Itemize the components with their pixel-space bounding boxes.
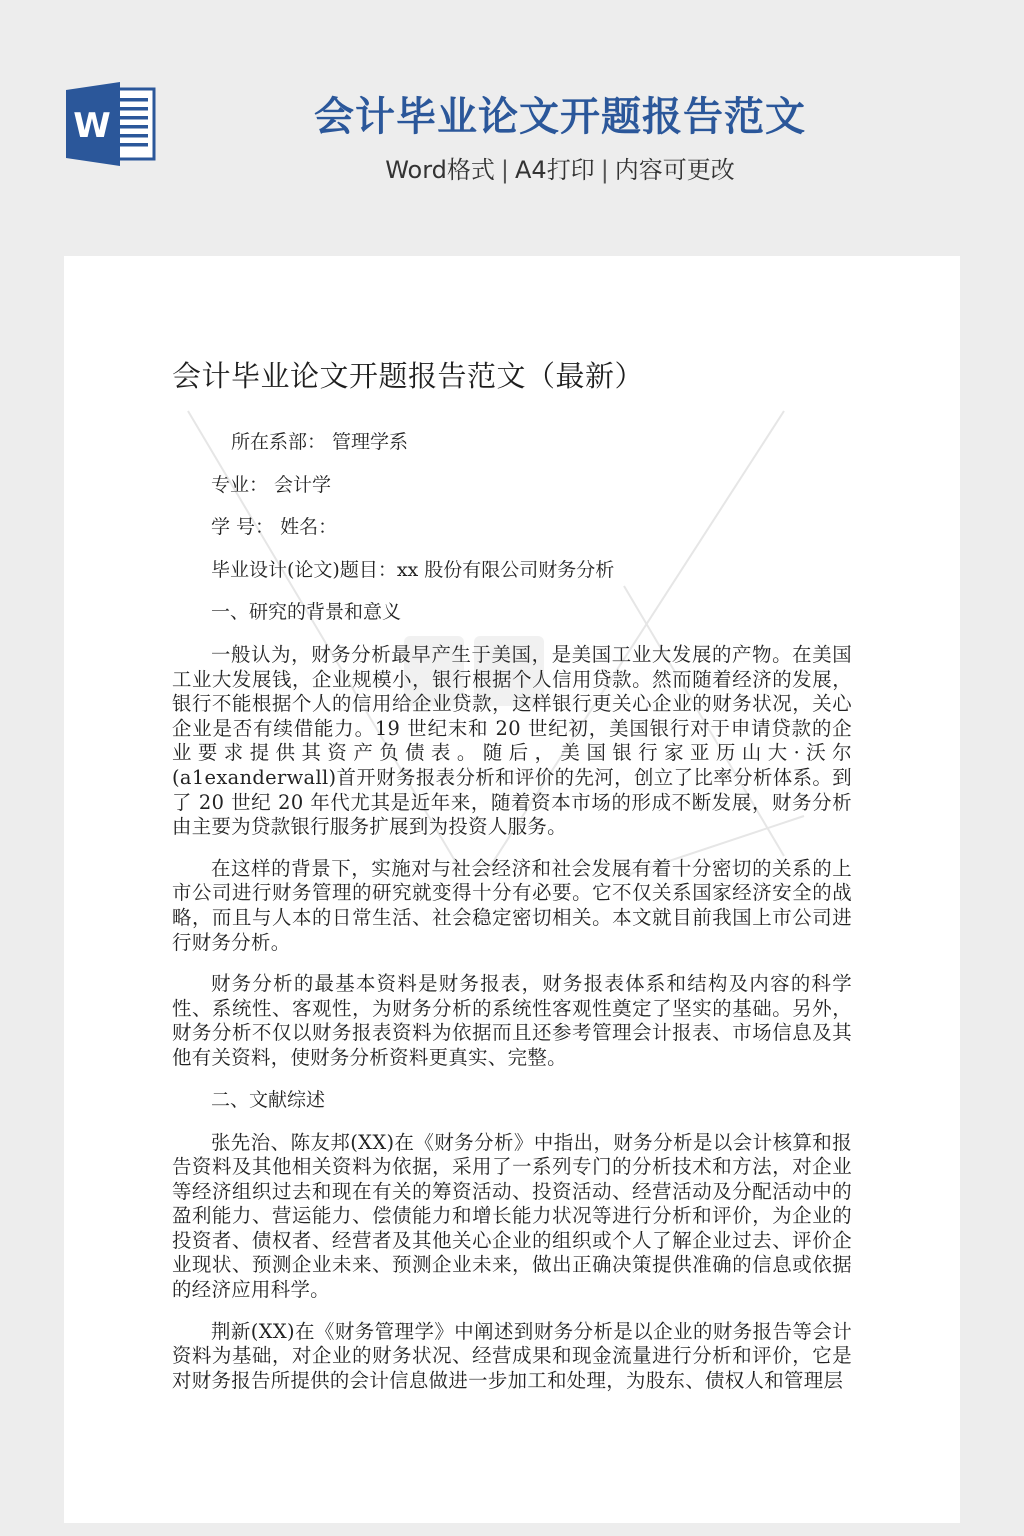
thesis-topic-field: 毕业设计(论文)题目：xx 股份有限公司财务分析 xyxy=(172,558,852,582)
document-body: 会计毕业论文开题报告范文（最新） 所在系部： 管理学系 专业： 会计学 学 号：… xyxy=(172,356,852,1410)
paragraph: 财务分析的最基本资料是财务报表，财务报表体系和结构及内容的科学性、系统性、客观性… xyxy=(172,972,852,1070)
subtitle-print: A4打印 xyxy=(515,156,595,184)
word-document-icon: W xyxy=(64,80,156,166)
section-heading-literature-review: 二、文献综述 xyxy=(211,1088,852,1112)
format-subtitle: Word格式|A4打印|内容可更改 xyxy=(240,152,880,188)
major-field: 专业： 会计学 xyxy=(172,473,852,497)
department-field: 所在系部： 管理学系 xyxy=(172,430,852,454)
paragraph: 在这样的背景下，实施对与社会经济和社会发展有着十分密切的关系的上市公司进行财务管… xyxy=(172,857,852,955)
header-banner: W 会计毕业论文开题报告范文 Word格式|A4打印|内容可更改 xyxy=(0,0,1024,256)
page-title: 会计毕业论文开题报告范文 xyxy=(240,90,880,144)
separator: | xyxy=(501,156,509,184)
document-title: 会计毕业论文开题报告范文（最新） xyxy=(172,356,852,396)
document-page: 会计毕业论文开题报告范文（最新） 所在系部： 管理学系 专业： 会计学 学 号：… xyxy=(64,256,960,1523)
separator: | xyxy=(601,156,609,184)
paragraph: 张先治、陈友邦(XX)在《财务分析》中指出，财务分析是以会计核算和报告资料及其他… xyxy=(172,1131,852,1303)
section-heading-background: 一、研究的背景和意义 xyxy=(211,600,852,624)
student-id-name-field: 学 号： 姓名： xyxy=(172,515,852,539)
subtitle-editable: 内容可更改 xyxy=(615,156,735,184)
paragraph: 荆新(XX)在《财务管理学》中阐述到财务分析是以企业的财务报告等会计资料为基础，… xyxy=(172,1320,852,1394)
paragraph: 一般认为，财务分析最早产生于美国，是美国工业大发展的产物。在美国工业大发展钱，企… xyxy=(172,643,852,840)
subtitle-format: Word格式 xyxy=(385,156,495,184)
svg-text:W: W xyxy=(73,106,111,146)
